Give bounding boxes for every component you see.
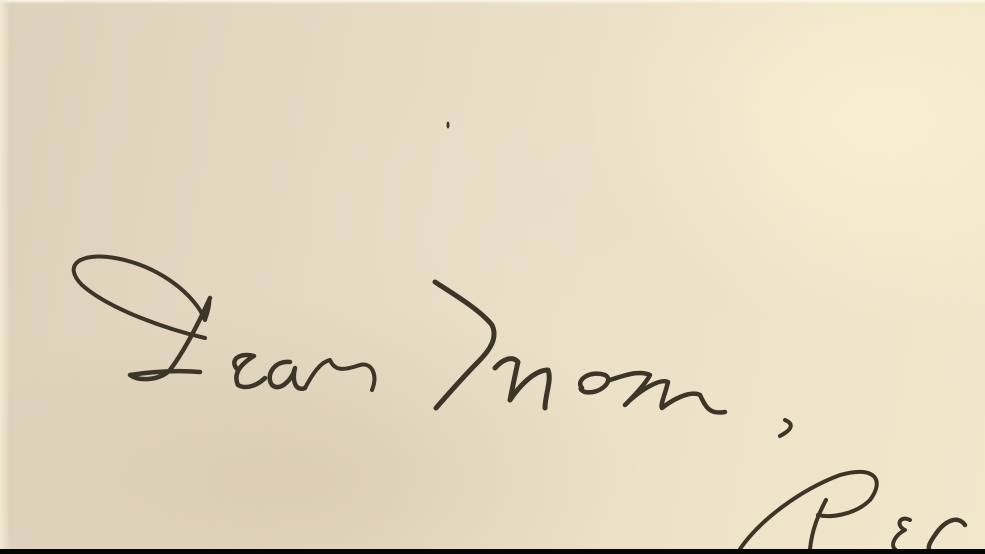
letter-M-right — [495, 359, 549, 408]
letter-m — [610, 373, 725, 413]
letter-photo: Dear Mom, Rec — [0, 0, 985, 549]
letter-R-stem — [810, 500, 826, 549]
letter-R — [740, 472, 877, 549]
letter-r — [305, 360, 374, 390]
letter-M-left — [435, 282, 494, 408]
comma — [780, 420, 791, 436]
letter-a — [270, 362, 305, 389]
handwriting-ink — [0, 0, 985, 549]
letter-o — [580, 374, 608, 393]
letter-D — [74, 257, 210, 338]
letter-e-partial — [893, 519, 910, 549]
bottom-black-band — [0, 549, 985, 554]
ink-dot — [447, 122, 450, 129]
letter-c-partial — [929, 520, 965, 549]
letter-e — [234, 355, 265, 387]
